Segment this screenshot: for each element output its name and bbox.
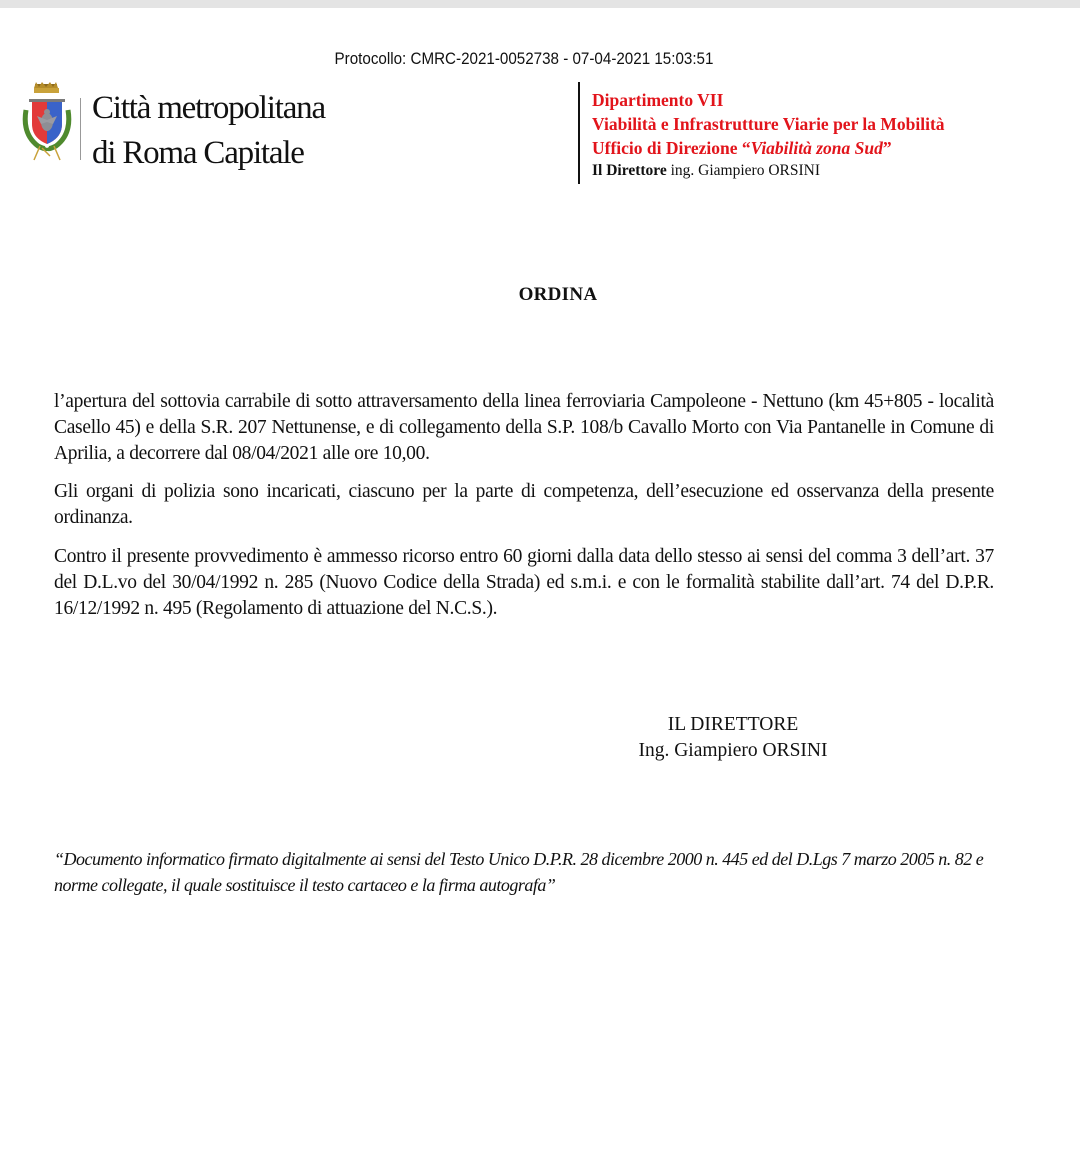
org-name-line-1: Città metropolitana [92,86,325,131]
paragraph-appeal: Contro il presente provvedimento è ammes… [54,544,994,622]
director-line: Il Direttore ing. Giampiero ORSINI [592,160,945,182]
document-title: ORDINA [0,284,1080,306]
signature-block: IL DIRETTORE Ing. Giampiero ORSINI [590,712,876,764]
signature-title: IL DIRETTORE [590,712,876,738]
department-title: Dipartimento VII [592,88,945,112]
coat-of-arms-icon [20,82,74,162]
office-name-italic: Viabilità zona Sud [751,138,883,158]
signature-name: Ing. Giampiero ORSINI [590,738,876,764]
office-suffix: ” [883,138,892,158]
organization-name: Città metropolitana di Roma Capitale [92,86,325,176]
department-block: Dipartimento VII Viabilità e Infrastrutt… [578,82,945,184]
digital-signature-note: “Documento informatico firmato digitalme… [54,846,1004,898]
department-description: Viabilità e Infrastrutture Viarie per la… [592,112,945,136]
protocol-stamp: Protocollo: CMRC-2021-0052738 - 07-04-20… [42,50,1006,69]
logo-separator [80,98,81,160]
director-label: Il Direttore [592,162,667,179]
director-name: ing. Giampiero ORSINI [667,162,820,179]
viewer-top-bar [0,0,1080,8]
paragraph-enforcement: Gli organi di polizia sono incaricati, c… [54,479,994,531]
paragraph-order: l’apertura del sottovia carrabile di sot… [54,389,994,467]
office-name: Ufficio di Direzione “Viabilità zona Sud… [592,136,945,160]
office-prefix: Ufficio di Direzione “ [592,138,751,158]
org-name-line-2: di Roma Capitale [92,131,325,176]
